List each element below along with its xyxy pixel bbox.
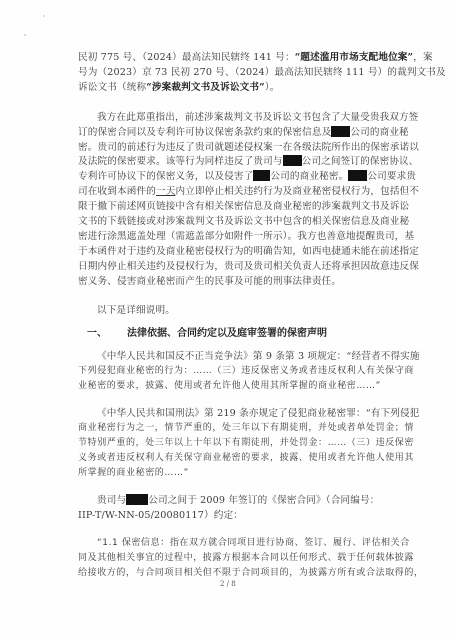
paragraph-line: 文书的下载链接或对涉案裁判文书及诉讼文书中包含的相关保密信息及商业秘	[78, 215, 378, 228]
paragraph-line: 日期内停止相关违约及侵权行为，贵司及贵司相关负责人还将承担因故意违反保	[78, 260, 378, 273]
redaction-box	[331, 126, 350, 137]
paragraph-line: 民初 775 号、（2024）最高法知民辖终 141 号：“题述滥用市场支配地位…	[78, 51, 378, 64]
paragraph-line: 诉讼文书（统称“涉案裁判文书及诉讼文书”）。	[78, 81, 378, 94]
paragraph-line: 贵司与公司之间于 2009 年签订的《保密合同》（合同编号：	[97, 494, 397, 507]
paragraph-line: 我方在此郑重指出，前述涉案裁判文书及诉讼文书包含了大量受贵我双方签	[97, 111, 397, 124]
text: 订的保密合同以及专利许可协议保密条款约束的保密信息及	[78, 127, 331, 138]
case-name-bold: “题述滥用市场支配地位案”	[295, 52, 414, 63]
defined-term-bold: “涉案裁判文书及诉讼文书”	[146, 82, 265, 93]
redaction-box	[348, 170, 367, 181]
text: 司在收到本函件的	[78, 186, 156, 197]
text: 公司之间签订的保密协议、	[302, 156, 419, 167]
paragraph-line: 以下是详细说明。	[97, 304, 397, 317]
text: 诉讼文书（统称	[78, 82, 146, 93]
paragraph-line: 《中华人民共和国刑法》第 219 条亦规定了侵犯商业秘密罪：“有下列侵犯	[97, 407, 397, 420]
paragraph-line: 节特别严重的，处三年以上十年以下有期徒刑，并处罚金：……（三）违反保密	[78, 437, 378, 450]
paragraph-line: “1.1 保密信息：指在双方就合同项目进行协商、签订、履行、评估相关合	[97, 537, 397, 550]
paragraph-line: 司在收到本函件的一天内立即停止相关违约行为及商业秘密侵权行为，包括但不	[78, 185, 378, 198]
redaction-box	[253, 170, 270, 181]
deadline-underlined: 一天	[156, 186, 176, 197]
text: ，案	[413, 52, 433, 63]
scan-speck	[43, 15, 45, 17]
document-page: 民初 775 号、（2024）最高法知民辖终 141 号：“题述滥用市场支配地位…	[0, 0, 452, 640]
paragraph-line: 于本函件对于违约及商业秘密侵权行为的明确告知，如西电捷通未能在前述指定	[78, 245, 378, 258]
redaction-box	[283, 155, 302, 166]
paragraph-line: 及法院的保密要求。该等行为同样违反了贵司与公司之间签订的保密协议、	[78, 155, 378, 168]
text: 公司的商业秘密。	[270, 171, 348, 182]
paragraph-line: 限于撤下前述网页链接中含有相关保密信息及商业秘密的涉案裁判文书及诉讼	[78, 200, 378, 213]
redaction-box	[126, 494, 148, 505]
text: ）。	[265, 82, 280, 93]
paragraph-line: 下列侵犯商业秘密的行为：……（三）违反保密义务或者违反权利人有关保守商	[78, 365, 378, 378]
section-heading: 一、法律依据、合同约定以及庭审签署的保密声明	[87, 324, 327, 339]
section-title: 法律依据、合同约定以及庭审签署的保密声明	[127, 328, 327, 339]
text: 贵司与	[97, 495, 126, 506]
paragraph-line: 密进行涂黑遮盖处理（需遮盖部分如附件一所示）。我方也善意地提醒贵司，基	[78, 230, 378, 243]
paragraph-line: 同及其他相关事宜的过程中，披露方根据本合同以任何形式、载于任何载体披露	[78, 552, 378, 565]
paragraph-line: 《中华人民共和国反不正当竞争法》第 9 条第 3 项规定：“经营者不得实施	[97, 350, 397, 363]
page-number: 2 / 8	[220, 580, 236, 588]
scan-speck	[24, 34, 26, 36]
section-number: 一、	[87, 324, 127, 339]
text: 公司的商业秘	[350, 127, 408, 138]
paragraph-line: 给接收方的，与合同项目相关但不限于合同项目的，为披露方所有或合法取得的，	[78, 567, 378, 580]
text: 公司要求贵	[367, 171, 416, 182]
text: 专利许可协议下的保密义务，以及侵害了	[78, 171, 253, 182]
paragraph-line: 密。贵司的前述行为违反了贵司就题述侵权案一在各级法院所作出的保密承诺以	[78, 141, 378, 154]
paragraph-line: 义务或者违反权利人有关保守商业秘密的要求，披露、使用或者允许他人使用其	[78, 452, 378, 465]
paragraph-line: IIP-T/W-NN-05/20080117）约定：	[78, 509, 378, 522]
paragraph-line: 密义务、侵害商业秘密而产生的民事及可能的刑事法律责任。	[78, 275, 378, 288]
text: 内立即停止相关违约行为及商业秘密侵权行为，包括但不	[175, 186, 419, 197]
text: 公司之间于 2009 年签订的《保密合同》（合同编号：	[148, 495, 379, 506]
paragraph-line: 商业秘密行为之一，情节严重的，处三年以下有期徒刑，并处或者单处罚金；情	[78, 422, 378, 435]
paragraph-line: 专利许可协议下的保密义务，以及侵害了公司的商业秘密。公司要求贵	[78, 170, 378, 183]
paragraph-line: 业秘密的要求，披露、使用或者允许他人使用其所掌握的商业秘密……”	[78, 380, 378, 393]
paragraph-line: 所掌握的商业秘密的……”	[78, 467, 378, 480]
paragraph-line: 订的保密合同以及专利许可协议保密条款约束的保密信息及公司的商业秘	[78, 126, 378, 139]
text: 民初 775 号、（2024）最高法知民辖终 141 号：	[78, 52, 295, 63]
paragraph-line: 号为（2023）京 73 民初 270 号、（2024）最高法知民辖终 111 …	[78, 66, 378, 79]
text: 及法院的保密要求。该等行为同样违反了贵司与	[78, 156, 283, 167]
